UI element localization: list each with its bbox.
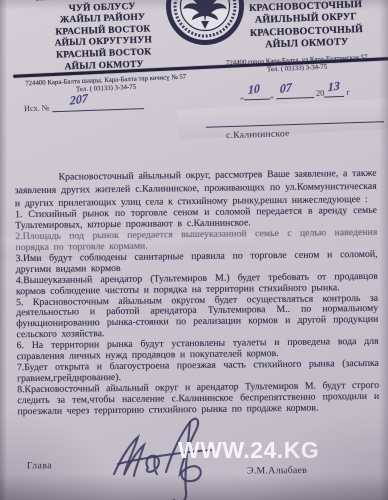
- date-line: „10„ 07 2013 г: [240, 83, 386, 100]
- date-suffix: г: [346, 87, 350, 97]
- address-kyrgyz: 724400 Кара-Балта шаары, Кара-Балта тар …: [10, 73, 203, 98]
- intro-paragraph: Красновосточный айыльный округ, рассмотр…: [15, 167, 377, 211]
- outgoing-number-line: Исх. №207: [24, 97, 154, 114]
- resolution-item: 5. Красновосточным айыльным округом буде…: [16, 293, 379, 341]
- signer-title: Глава: [27, 460, 52, 471]
- watermark-text: WWW.24.KG: [178, 437, 319, 464]
- date-day-field: 10: [244, 88, 270, 101]
- date-close-quote: „: [270, 89, 274, 99]
- outgoing-underline: 207: [52, 97, 144, 112]
- resolution-item: 8.Красновосточный айыльный округ и аренд…: [17, 381, 379, 418]
- resolution-item: 2.Площадь под рынок передается вышеуказа…: [15, 228, 377, 254]
- letter-body: Красновосточный айыльный округ, рассмотр…: [15, 167, 380, 418]
- resolution-items: 1. Стихийный рынок по торговле сеном и с…: [15, 206, 380, 418]
- outgoing-number-handwritten: 207: [70, 91, 88, 109]
- outgoing-label: Исх. №: [24, 103, 50, 113]
- date-month-field: 07: [276, 86, 314, 99]
- signer-name: Э.М.Алыбаев: [247, 465, 307, 477]
- scanned-letter-photo: КЫРГЫЗ РЕСПУБЛИКАСЫЧУЙ ОБЛУСУЖАЙЫЛ РАЙОН…: [0, 0, 388, 500]
- date-day-handwritten: 10: [248, 81, 260, 98]
- place-line: с.Калининское: [206, 121, 384, 142]
- date-year-field: 13: [324, 85, 344, 98]
- date-year-handwritten: 13: [328, 78, 340, 95]
- address-russian: 724400 город Кара-Балта, ул.Кара-Балтинс…: [208, 53, 387, 77]
- place-name: с.Калининское: [226, 129, 290, 141]
- date-month-handwritten: 07: [280, 80, 292, 97]
- letterhead-russian-block: ЖАЙЫЛСКИЙ РАЙОНКРАСНОВОСТОЧНЫЙАЙИЛЬНЫЙ О…: [227, 0, 385, 53]
- date-year-prefix: 20: [316, 88, 325, 98]
